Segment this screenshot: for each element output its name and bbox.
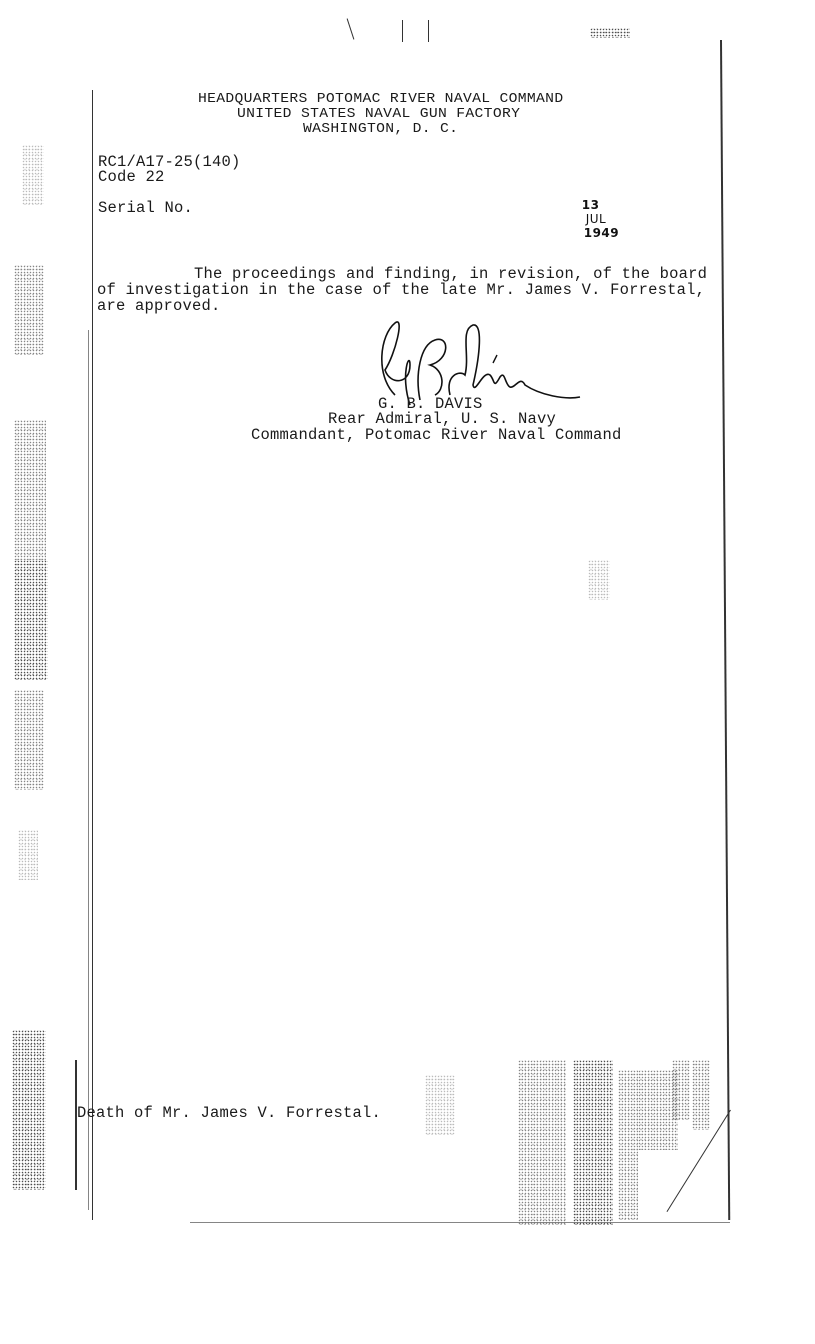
scan-noise-right-mid [588,560,610,600]
scan-noise-left-upper [14,265,44,355]
letterhead-line-1: HEADQUARTERS POTOMAC RIVER NAVAL COMMAND [198,92,563,106]
scan-noise-bottom-right-2 [573,1060,613,1225]
page-edge-left [92,90,93,1220]
scan-noise-left-low [18,830,38,880]
scan-noise-bottom-mid [425,1075,455,1135]
code-number: Code 22 [98,170,165,186]
letterhead-line-2: UNITED STATES NAVAL GUN FACTORY [237,107,520,121]
page-edge-bottom [190,1222,730,1223]
date-stamp: 13 JUL 1949 [563,184,619,254]
scan-noise-bottom-right-5 [672,1060,690,1120]
body-line-3: are approved. [97,299,221,315]
scan-streak-top-3 [347,18,355,39]
scan-noise-top-right [590,28,630,38]
page-edge-left-inner [88,330,89,1210]
signer-title: Commandant, Potomac River Naval Command [251,428,622,444]
scan-streak-top-1 [402,20,403,42]
date-stamp-month: JUL [586,212,607,226]
scan-streak-top-2 [428,20,429,42]
scan-noise-left-lower [14,690,44,790]
scan-noise-left-dense [14,560,48,680]
scan-noise-left-top [22,145,44,205]
date-stamp-day: 13 [582,198,600,212]
letterhead-line-3: WASHINGTON, D. C. [303,122,458,136]
serial-number: Serial No. [98,201,193,217]
scan-noise-bottom-right-3 [618,1070,638,1220]
scanned-document-page: HEADQUARTERS POTOMAC RIVER NAVAL COMMAND… [0,0,815,1344]
subject-tab-edge [75,1060,77,1190]
subject-tab-text: Death of Mr. James V. Forrestal. [77,1106,381,1122]
scan-noise-bottom-right-1 [518,1060,566,1225]
scan-noise-bottom-right-6 [692,1060,710,1130]
scan-noise-left-mid [14,420,46,560]
scan-noise-left-bottom [12,1030,46,1190]
page-edge-right [720,40,730,1220]
date-stamp-year: 1949 [584,226,619,240]
